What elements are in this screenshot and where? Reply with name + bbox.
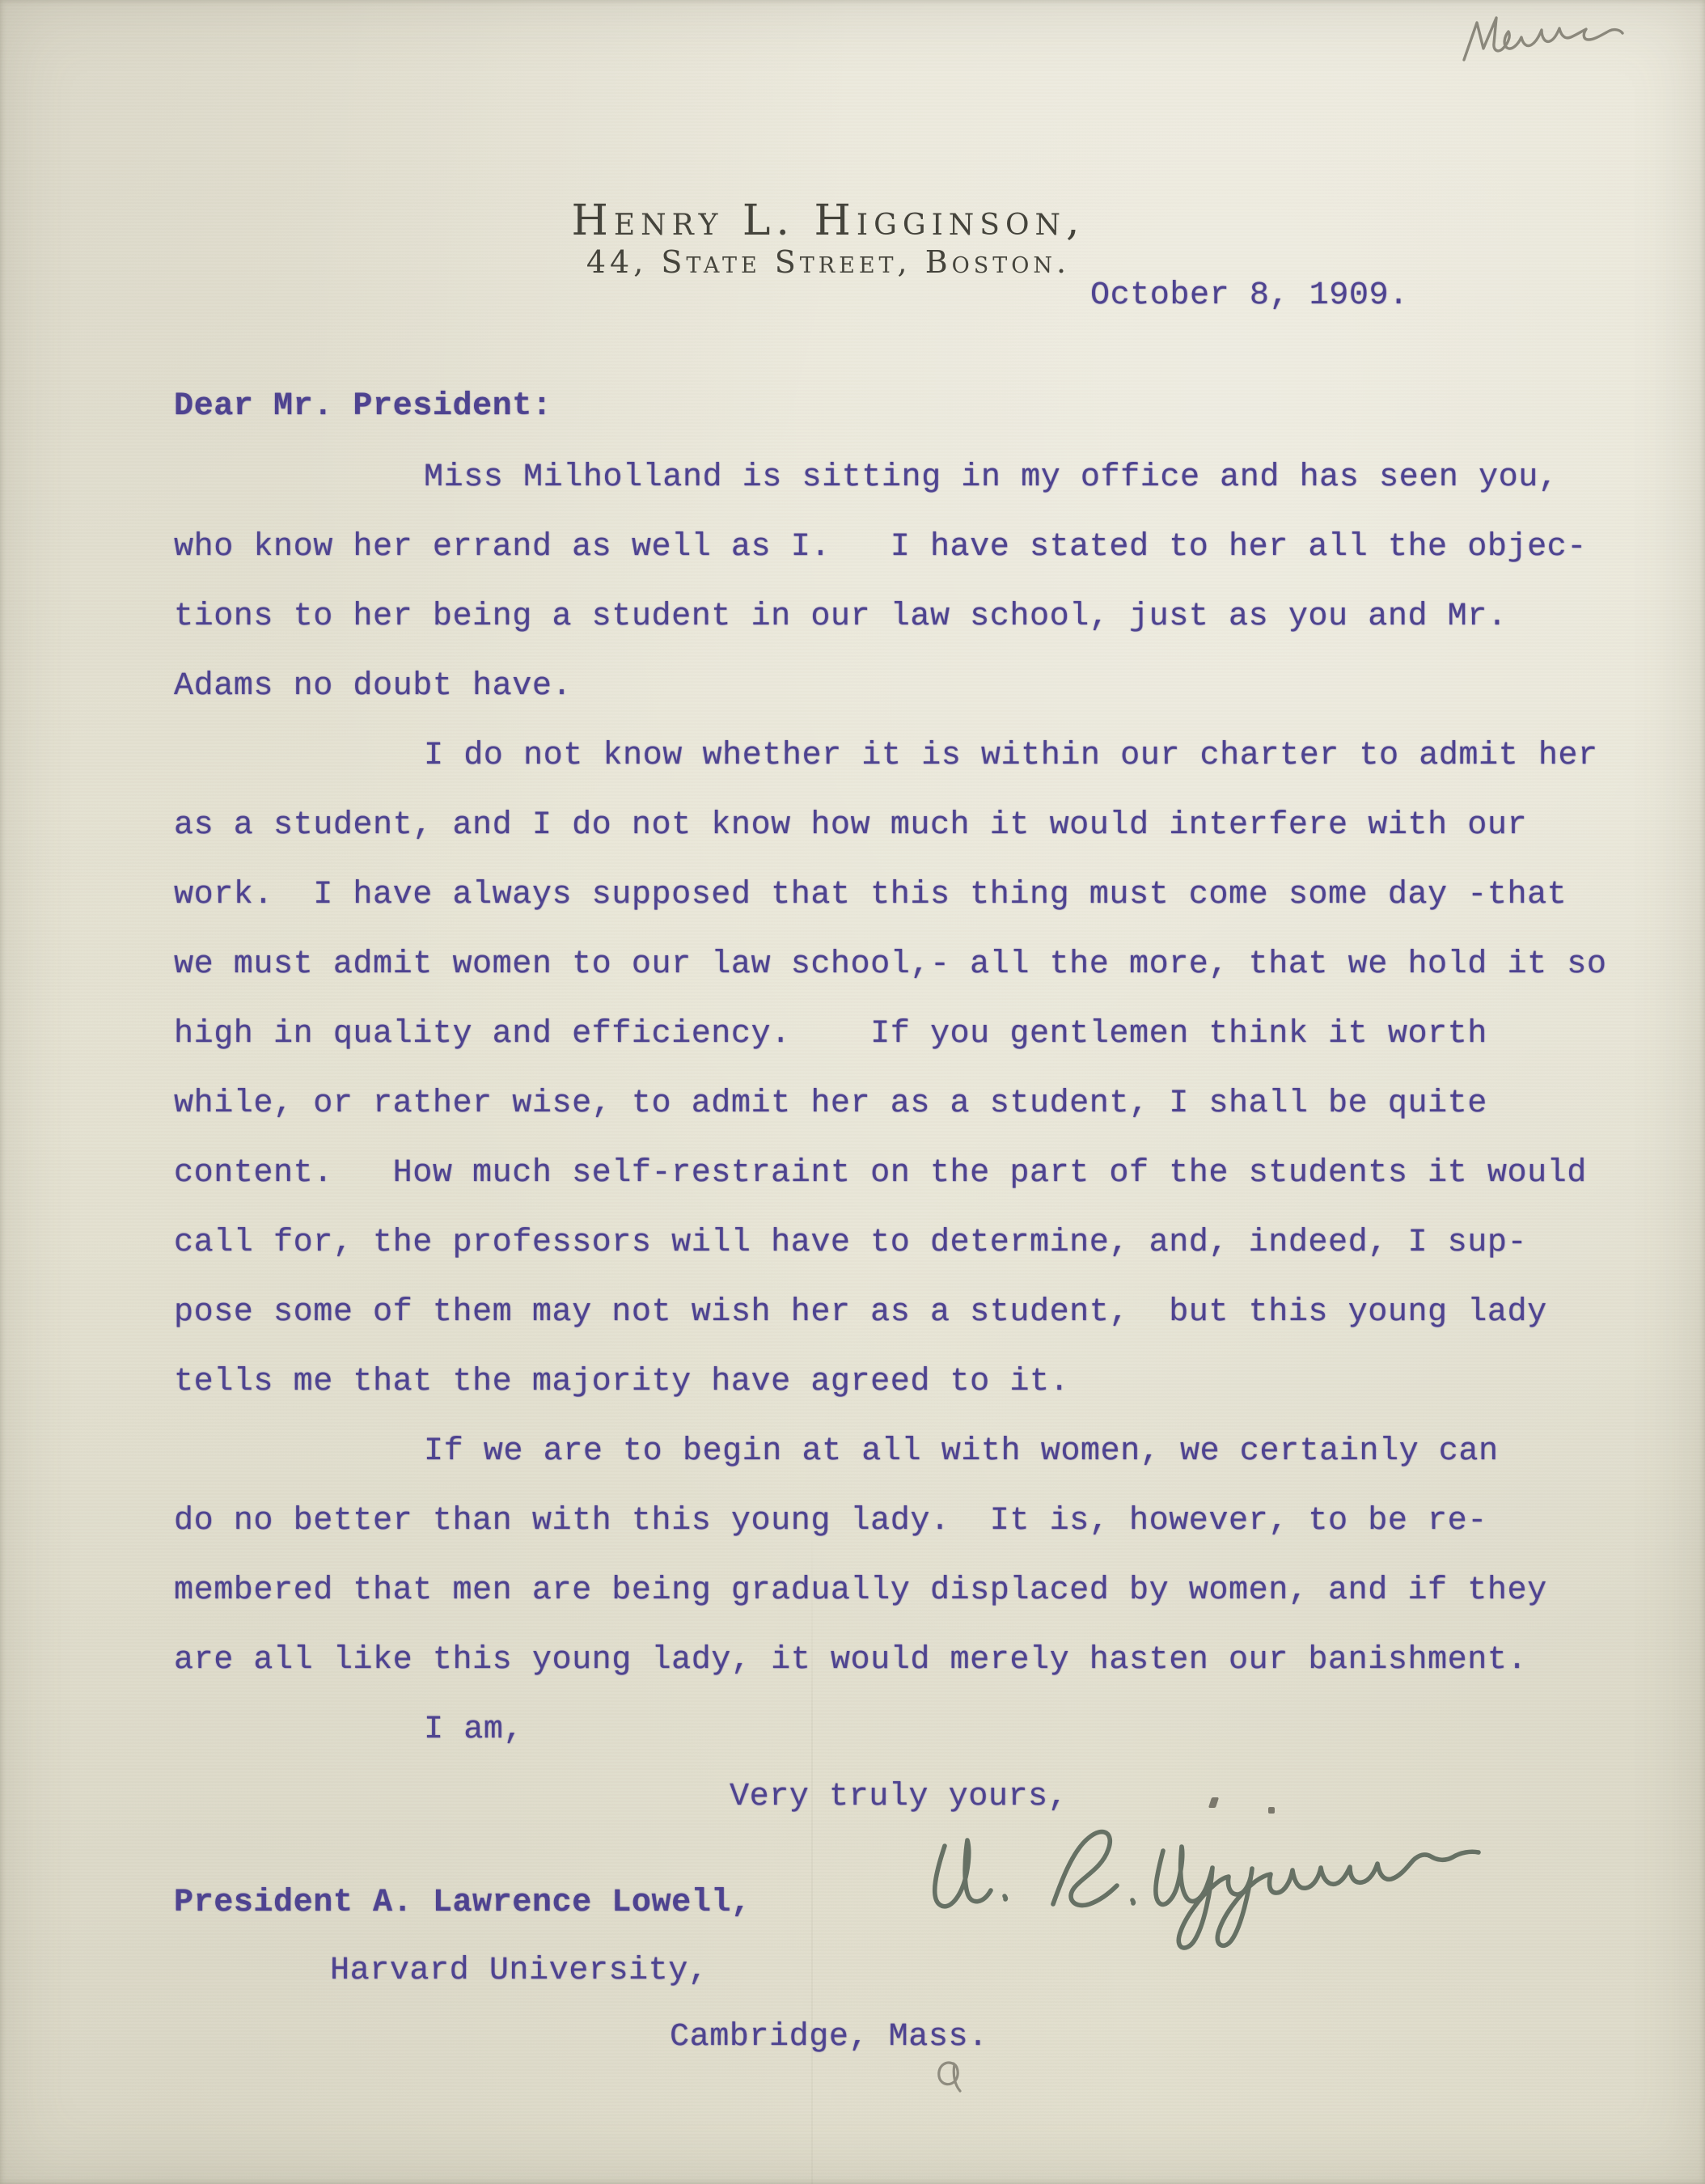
letter-line: membered that men are being gradually di… [174, 1556, 1606, 1626]
letter-body: Miss Milholland is sitting in my office … [174, 443, 1606, 1765]
signature-h-l-higginson [914, 1805, 1537, 1967]
letter-line: Adams no doubt have. [174, 652, 1606, 722]
letterhead-name: Henry L. Higginson, [0, 193, 1656, 249]
letter-line: high in quality and efficiency. If you g… [174, 1000, 1606, 1069]
letter-line: are all like this young lady, it would m… [174, 1626, 1606, 1695]
letter-line: call for, the professors will have to de… [174, 1208, 1606, 1278]
letter-line: If we are to begin at all with women, we… [174, 1417, 1606, 1487]
letter-line: as a student, and I do not know how much… [174, 791, 1606, 861]
pencil-mark [922, 2055, 974, 2100]
paper-fold-line [811, 1521, 813, 2184]
letter-line: we must admit women to our law school,- … [174, 930, 1606, 1000]
recipient-name: President A. Lawrence Lowell, [174, 1869, 751, 1938]
letter-line: tells me that the majority have agreed t… [174, 1348, 1606, 1417]
letter-line: who know her errand as well as I. I have… [174, 513, 1606, 582]
letter-line: pose some of them may not wish her as a … [174, 1278, 1606, 1348]
letter-line: do no better than with this young lady. … [174, 1487, 1606, 1556]
letter-line: Miss Milholland is sitting in my office … [174, 443, 1606, 513]
recipient-institution: Harvard University, [330, 1936, 708, 2006]
date-line: October 8, 1909. [1090, 261, 1409, 331]
letter-line: I am, [174, 1695, 1606, 1765]
letter-line: work. I have always supposed that this t… [174, 861, 1606, 930]
letter-line: content. How much self-restraint on the … [174, 1139, 1606, 1208]
letter-line: I do not know whether it is within our c… [174, 722, 1606, 791]
salutation: Dear Mr. President: [174, 372, 552, 442]
pencil-annotation-women [1453, 11, 1637, 73]
letter-line: tions to her being a student in our law … [174, 582, 1606, 652]
letter-line: while, or rather wise, to admit her as a… [174, 1069, 1606, 1139]
letter-scan: Henry L. Higginson, 44, State Street, Bo… [0, 0, 1705, 2184]
